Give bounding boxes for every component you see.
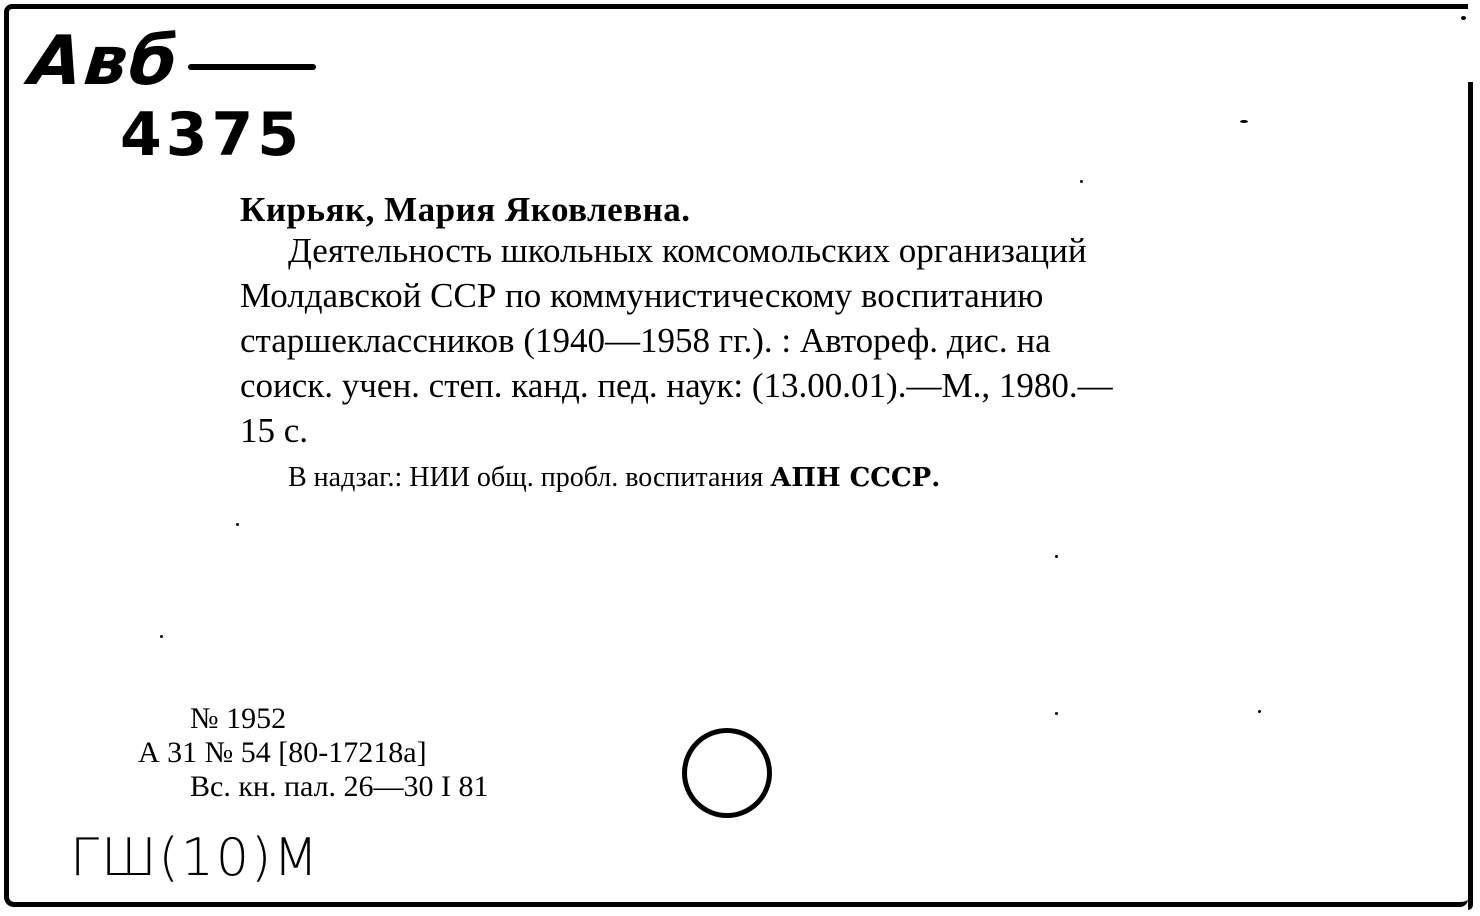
note-institution: АПН СССР. — [770, 463, 940, 493]
scan-speck — [1258, 710, 1261, 713]
author-heading: Кирьяк, Мария Яковлевна. — [240, 190, 691, 230]
scan-speck — [1080, 180, 1083, 183]
handwritten-shelfmark-line2: 4375 — [120, 100, 303, 170]
card-number: № 1952 — [138, 702, 489, 736]
header-note: В надзаг.: НИИ общ. пробл. воспитания АП… — [288, 462, 940, 494]
imprint-block: № 1952 А 31 № 54 [80-17218а] Вс. кн. пал… — [138, 702, 489, 804]
scan-speck — [236, 523, 239, 526]
chamber-printing-info: Вс. кн. пал. 26—30 I 81 — [138, 770, 489, 804]
scan-speck — [160, 635, 163, 638]
title-line: Деятельность школьных комсомольских орга… — [240, 228, 1400, 273]
bibliographic-description: Деятельность школьных комсомольских орга… — [240, 228, 1400, 453]
card-border-right — [1468, 82, 1473, 910]
handwritten-shelfmark-line1: Авб — [26, 22, 183, 101]
title-line: Молдавской ССР по коммунистическому восп… — [240, 273, 1400, 318]
handwritten-dash — [188, 64, 316, 70]
title-line: соиск. учен. степ. канд. пед. наук: (13.… — [240, 363, 1400, 408]
scan-speck — [1055, 555, 1058, 558]
pagination-line: 15 с. — [240, 408, 1400, 453]
order-number: А 31 № 54 [80-17218а] — [138, 736, 489, 770]
handwritten-call-number: ГШ(10)М — [70, 828, 320, 888]
scan-speck — [1055, 712, 1058, 715]
note-prefix: В надзаг.: НИИ общ. пробл. воспитания — [288, 462, 763, 493]
scan-speck — [1461, 16, 1466, 20]
punched-hole-circle — [682, 728, 772, 818]
title-line: старшеклассников (1940—1958 гг.). : Авто… — [240, 318, 1400, 363]
scan-speck — [1240, 120, 1248, 123]
